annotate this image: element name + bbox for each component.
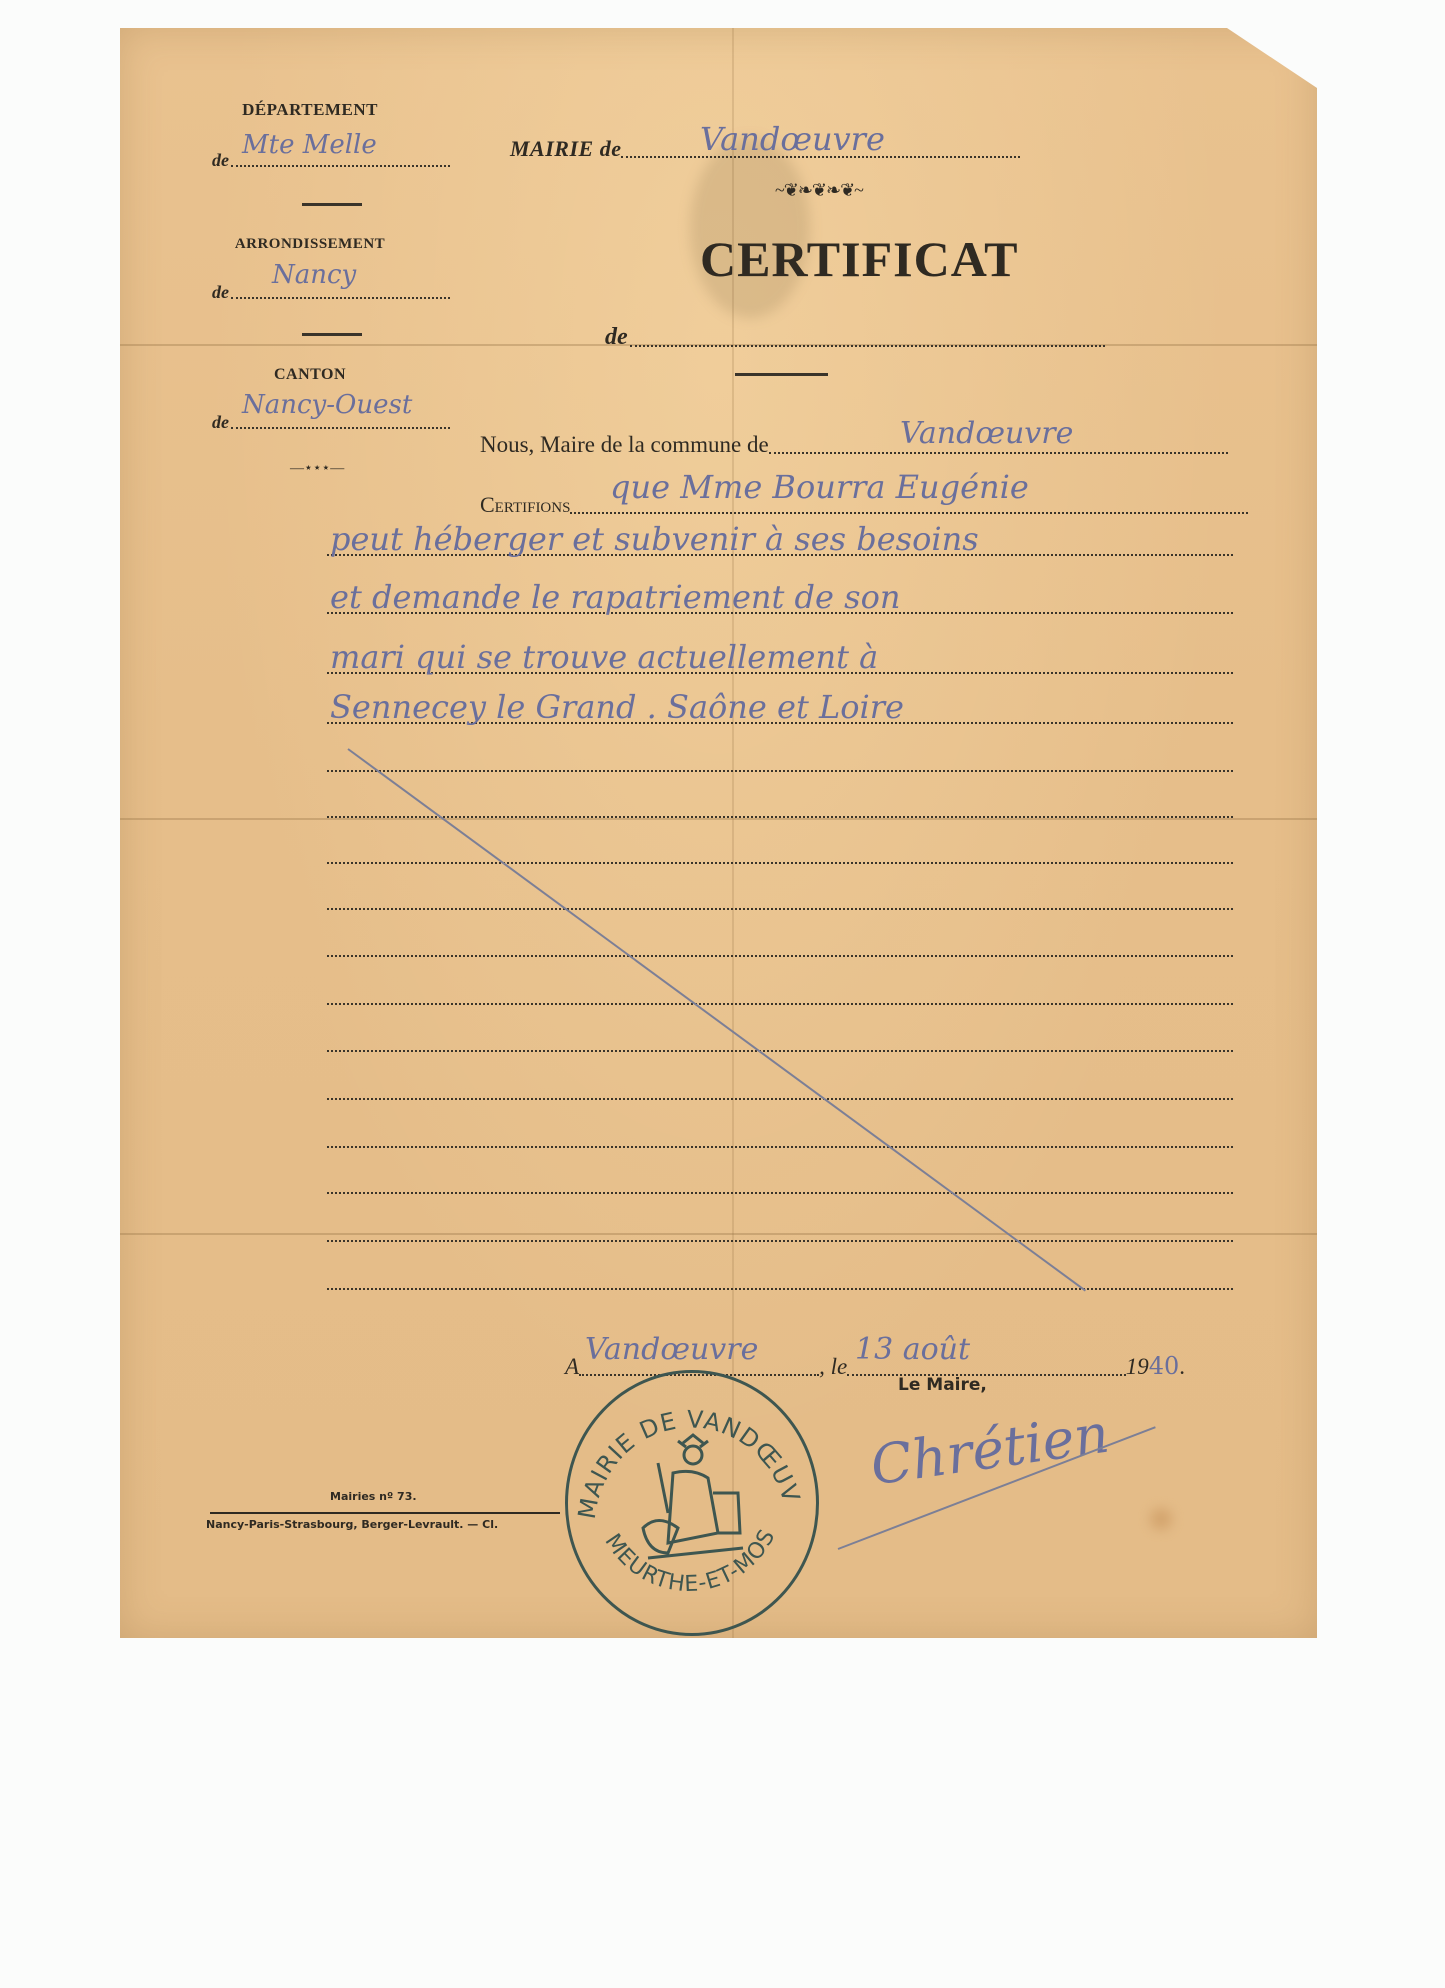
printer-credit: Nancy-Paris-Strasbourg, Berger-Levrault.… [206,1518,498,1531]
canton-field: de Nancy-Ouest [212,412,450,433]
stamp-ring-text: MAIRIE DE VANDŒUVRE MEURTHE-ET-MOSELLE [565,1370,813,1630]
empty-ruled-line [327,816,1233,818]
stamp-top-text: MAIRIE DE VANDŒUVRE [565,1370,805,1521]
fold-crease [120,818,1317,820]
page-title: CERTIFICAT [700,230,1018,288]
commune-field: Nous, Maire de la commune de Vandœuvre [480,432,1228,458]
empty-ruled-line [327,1192,1233,1194]
empty-ruled-line [327,908,1233,910]
arrondissement-prefix: de [212,282,229,303]
ornament-divider: —⋆⋆⋆— [290,460,344,477]
handwritten-line: peut héberger et subvenir à ses besoins [330,520,979,558]
nous-label: Nous, Maire de la commune de [480,432,769,458]
year-suffix: 40 [1149,1352,1180,1380]
canton-prefix: de [212,412,229,433]
departement-value: Mte Melle [242,130,377,160]
departement-field: de Mte Melle [212,150,450,171]
form-number: Mairies nº 73. [330,1490,417,1503]
separator [302,203,362,206]
separator [302,333,362,336]
stain [1150,1508,1172,1530]
empty-ruled-line [327,1288,1233,1290]
empty-ruled-line [327,1240,1233,1242]
canton-value: Nancy-Ouest [242,390,412,420]
empty-ruled-line [327,770,1233,772]
fold-crease [120,1233,1317,1235]
subtitle-prefix: de [605,324,628,351]
subtitle-field: de [605,324,1105,351]
empty-ruled-line [327,1003,1233,1005]
official-stamp: MAIRIE DE VANDŒUVRE MEURTHE-ET-MOSELLE [565,1370,819,1636]
svg-text:MAIRIE DE VANDŒUVRE: MAIRIE DE VANDŒUVRE [565,1370,805,1521]
handwritten-line: mari qui se trouve actuellement à [330,638,878,676]
mairie-label: MAIRIE de [510,136,621,162]
arrondissement-value: Nancy [272,260,356,290]
stain [690,138,810,318]
empty-ruled-line [327,862,1233,864]
mairie-field: MAIRIE de Vandœuvre [510,136,1020,162]
certifions-label: Certifions [480,492,570,518]
arrondissement-label: ARRONDISSEMENT [200,236,420,253]
handwritten-line: Sennecey le Grand . Saône et Loire [330,688,904,726]
place-value: Vandœuvre [585,1332,758,1367]
handwritten-line: et demande le rapatriement de son [330,578,900,616]
handwritten-line: que Mme Bourra Eugénie [610,468,1029,506]
mayor-label: Le Maire, [898,1375,987,1395]
arrondissement-field: de Nancy [212,282,450,303]
empty-ruled-line [327,955,1233,957]
separator [735,373,828,376]
commune-value: Vandœuvre [900,416,1073,451]
departement-prefix: de [212,150,229,171]
empty-ruled-line [327,1098,1233,1100]
footer-rule [210,1512,560,1514]
empty-ruled-line [327,1146,1233,1148]
departement-label: DÉPARTEMENT [200,100,420,120]
year-prefix: 19 [1126,1354,1149,1380]
empty-ruled-line [327,1050,1233,1052]
ornament-flourish: ~❦❧❦❧❦~ [775,180,863,201]
canton-label: CANTON [200,366,420,384]
certifions-field: Certifions que Mme Bourra Eugénie [480,492,1248,518]
mairie-value: Vandœuvre [700,120,885,158]
le-label: , le [819,1354,847,1380]
date-value: 13 août [855,1332,970,1367]
